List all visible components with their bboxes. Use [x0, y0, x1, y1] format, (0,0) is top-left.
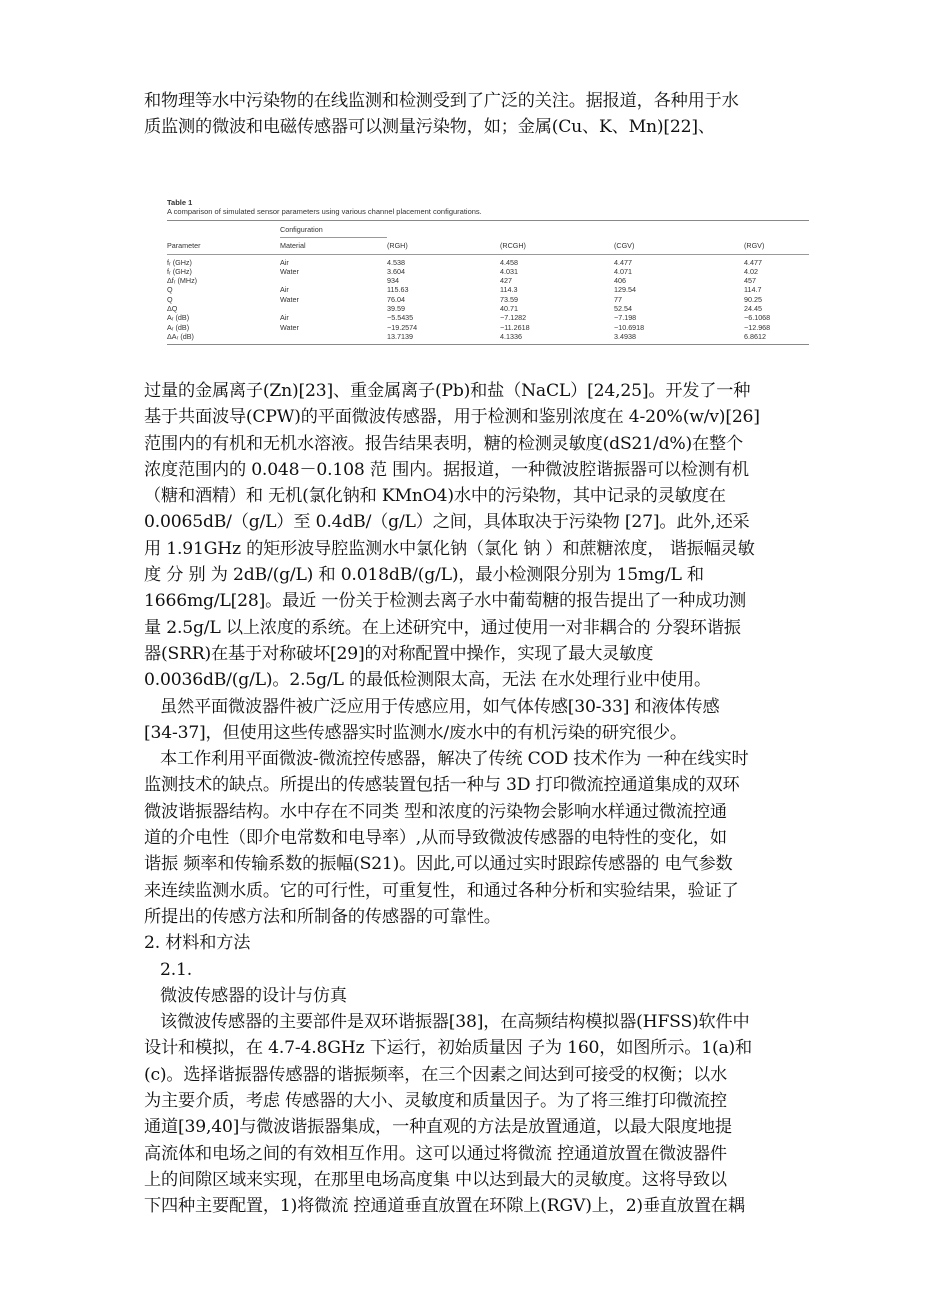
table-cell: Δfᵣ (MHz) [167, 276, 280, 285]
text-line: 器(SRR)在基于对称破坏[29]的对称配置中操作，实现了最大灵敏度 [144, 641, 804, 667]
text-line: 浓度范围内的 0.048－0.108 范 围内。据报道，一种微波腔谐振器可以检测… [144, 457, 804, 483]
table-cell: 52.54 [614, 304, 744, 313]
column-header: Material [280, 238, 387, 254]
column-header: (CGV) [614, 238, 744, 254]
table-cell: Q [167, 295, 280, 304]
text-line: 0.0065dB/（g/L）至 0.4dB/（g/L）之间，具体取决于污染物 [… [144, 509, 804, 535]
table-cell: Aᵣ (dB) [167, 313, 280, 322]
text-line: 范围内的有机和无机水溶液。报告结果表明，糖的检测灵敏度(dS21/d%)在整个 [144, 431, 804, 457]
text-line: 为主要介质，考虑 传感器的大小、灵敏度和质量因子。为了将三维打印微流控 [144, 1088, 804, 1114]
table-cell: 4.031 [500, 267, 614, 276]
table-cell: fᵣ (GHz) [167, 267, 280, 276]
table-cell: −7.1282 [500, 313, 614, 322]
table-cell: −10.6918 [614, 323, 744, 332]
text-line: 通道[39,40]与微波谐振器集成，一种直观的方法是放置通道，以最大限度地提 [144, 1114, 804, 1140]
text-line: 所提出的传感方法和所制备的传感器的可靠性。 [144, 904, 804, 930]
table-cell: Water [280, 323, 387, 332]
table-cell: 24.45 [744, 304, 809, 313]
table-1-figure: Table 1 A comparison of simulated sensor… [167, 198, 809, 345]
text-line: 用 1.91GHz 的矩形波导腔监测水中氯化钠（氯化 钠 ）和蔗糖浓度， 谐振幅… [144, 536, 804, 562]
table-row: Q Water 76.04 73.59 77 90.25 [167, 295, 809, 304]
text-line: 0.0036dB/(g/L)。2.5g/L 的最低检测限太高，无法 在水处理行业… [144, 667, 804, 693]
table-cell: −5.5435 [387, 313, 500, 322]
table-cell: Air [280, 254, 387, 267]
table-cell: Aᵣ (dB) [167, 323, 280, 332]
column-header: Parameter [167, 238, 280, 254]
table-cell: −12.968 [744, 323, 809, 332]
text-line: 上的间隙区域来实现，在那里电场高度集 中以达到最大的灵敏度。这将导致以 [144, 1167, 804, 1193]
table-cell: Water [280, 295, 387, 304]
table-cell: Air [280, 313, 387, 322]
table-cell: 90.25 [744, 295, 809, 304]
table-cell: 13.7139 [387, 332, 500, 344]
table-cell: 76.04 [387, 295, 500, 304]
table-cell: 115.63 [387, 285, 500, 294]
table-cell: −6.1068 [744, 313, 809, 322]
table-row: ΔQ 39.59 40.71 52.54 24.45 [167, 304, 809, 313]
table-cell: fᵣ (GHz) [167, 254, 280, 267]
body-text: 过量的金属离子(Zn)[23]、重金属离子(Pb)和盐（NaCL）[24,25]… [144, 378, 804, 1220]
table-cell: 6.8612 [744, 332, 809, 344]
table-cell: 4.02 [744, 267, 809, 276]
table-row: Aᵣ (dB) Air −5.5435 −7.1282 −7.198 −6.10… [167, 313, 809, 322]
table-cell: 4.477 [614, 254, 744, 267]
table-cell: 4.071 [614, 267, 744, 276]
table-cell: 934 [387, 276, 500, 285]
table-cell: −19.2574 [387, 323, 500, 332]
text-line: 微波谐振器结构。水中存在不同类 型和浓度的污染物会影响水样通过微流控通 [144, 799, 804, 825]
table-row: Aᵣ (dB) Water −19.2574 −11.2618 −10.6918… [167, 323, 809, 332]
table-label: Table 1 [167, 198, 809, 207]
text-line: 基于共面波导(CPW)的平面微波传感器，用于检测和鉴别浓度在 4-20%(w/v… [144, 404, 804, 430]
table-cell: ΔQ [167, 304, 280, 313]
table-cell: 77 [614, 295, 744, 304]
table-cell: ΔAᵣ (dB) [167, 332, 280, 344]
table-row: Δfᵣ (MHz) 934 427 406 457 [167, 276, 809, 285]
table-row: Q Air 115.63 114.3 129.54 114.7 [167, 285, 809, 294]
table-cell: 73.59 [500, 295, 614, 304]
table-cell: Air [280, 285, 387, 294]
column-header: (RCGH) [500, 238, 614, 254]
text-line: 量 2.5g/L 以上浓度的系统。在上述研究中，通过使用一对非耦合的 分裂环谐振 [144, 615, 804, 641]
table-cell: 40.71 [500, 304, 614, 313]
table-row: fᵣ (GHz) Water 3.604 4.031 4.071 4.02 [167, 267, 809, 276]
text-line: 度 分 别 为 2dB/(g/L) 和 0.018dB/(g/L)，最小检测限分… [144, 562, 804, 588]
table-cell [280, 276, 387, 285]
table-cell: 4.458 [500, 254, 614, 267]
table-cell: 457 [744, 276, 809, 285]
table-cell: 4.477 [744, 254, 809, 267]
text-line: [34-37]，但使用这些传感器实时监测水/废水中的有机污染的研究很少。 [144, 720, 804, 746]
text-line: 微波传感器的设计与仿真 [144, 983, 804, 1009]
text-line: 高流体和电场之间的有效相互作用。这可以通过将微流 控通道放置在微波器件 [144, 1141, 804, 1167]
text-line: (c)。选择谐振器传感器的谐振频率，在三个因素之间达到可接受的权衡；以水 [144, 1062, 804, 1088]
text-line: 谐振 频率和传输系数的振幅(S21)。因此,可以通过实时跟踪传感器的 电气参数 [144, 851, 804, 877]
configuration-header: Configuration [280, 221, 387, 238]
table-cell [280, 304, 387, 313]
text-line: 和物理等水中污染物的在线监测和检测受到了广泛的关注。据报道，各种用于水 [144, 88, 804, 114]
table-cell: 39.59 [387, 304, 500, 313]
table-cell: 427 [500, 276, 614, 285]
table-cell: 114.3 [500, 285, 614, 294]
table-cell: Water [280, 267, 387, 276]
table-cell: 4.1336 [500, 332, 614, 344]
text-line: 设计和模拟，在 4.7-4.8GHz 下运行，初始质量因 子为 160，如图所示… [144, 1035, 804, 1061]
text-line: 监测技术的缺点。所提出的传感装置包括一种与 3D 打印微流控通道集成的双环 [144, 772, 804, 798]
table-header-row: Parameter Material (RGH) (RCGH) (CGV) (R… [167, 238, 809, 254]
table-cell: 406 [614, 276, 744, 285]
column-header: (RGV) [744, 238, 809, 254]
table-row: ΔAᵣ (dB) 13.7139 4.1336 3.4938 6.8612 [167, 332, 809, 344]
table-group-header-row: Configuration [167, 221, 809, 238]
table-cell: 114.7 [744, 285, 809, 294]
text-line: 虽然平面微波器件被广泛应用于传感应用，如气体传感[30-33] 和液体传感 [144, 694, 804, 720]
parameters-table: Configuration Parameter Material (RGH) (… [167, 221, 809, 344]
table-cell: 3.604 [387, 267, 500, 276]
text-line: 1666mg/L[28]。最近 一份关于检测去离子水中葡萄糖的报告提出了一种成功… [144, 588, 804, 614]
table-cell: Q [167, 285, 280, 294]
text-line: 2. 材料和方法 [144, 930, 804, 956]
table-bottom-rule [167, 344, 809, 345]
table-cell [280, 332, 387, 344]
text-line: 来连续监测水质。它的可行性，可重复性，和通过各种分析和实验结果，验证了 [144, 878, 804, 904]
text-line: 过量的金属离子(Zn)[23]、重金属离子(Pb)和盐（NaCL）[24,25]… [144, 378, 804, 404]
table-row: fᵣ (GHz) Air 4.538 4.458 4.477 4.477 [167, 254, 809, 267]
table-cell: −7.198 [614, 313, 744, 322]
table-cell: 129.54 [614, 285, 744, 294]
table-cell: −11.2618 [500, 323, 614, 332]
intro-paragraph: 和物理等水中污染物的在线监测和检测受到了广泛的关注。据报道，各种用于水 质监测的… [144, 88, 804, 141]
column-header: (RGH) [387, 238, 500, 254]
text-line: （糖和酒精）和 无机(氯化钠和 KMnO4)水中的污染物，其中记录的灵敏度在 [144, 483, 804, 509]
text-line: 质监测的微波和电磁传感器可以测量污染物，如；金属(Cu、K、Mn)[22]、 [144, 114, 804, 140]
text-line: 2.1. [144, 957, 804, 983]
text-line: 下四种主要配置，1)将微流 控通道垂直放置在环隙上(RGV)上，2)垂直放置在耦 [144, 1193, 804, 1219]
text-line: 本工作利用平面微波-微流控传感器，解决了传统 COD 技术作为 一种在线实时 [144, 746, 804, 772]
text-line: 道的介电性（即介电常数和电导率）,从而导致微波传感器的电特性的变化，如 [144, 825, 804, 851]
table-caption: A comparison of simulated sensor paramet… [167, 207, 809, 217]
text-line: 该微波传感器的主要部件是双环谐振器[38]，在高频结构模拟器(HFSS)软件中 [144, 1009, 804, 1035]
table-cell: 3.4938 [614, 332, 744, 344]
table-cell: 4.538 [387, 254, 500, 267]
